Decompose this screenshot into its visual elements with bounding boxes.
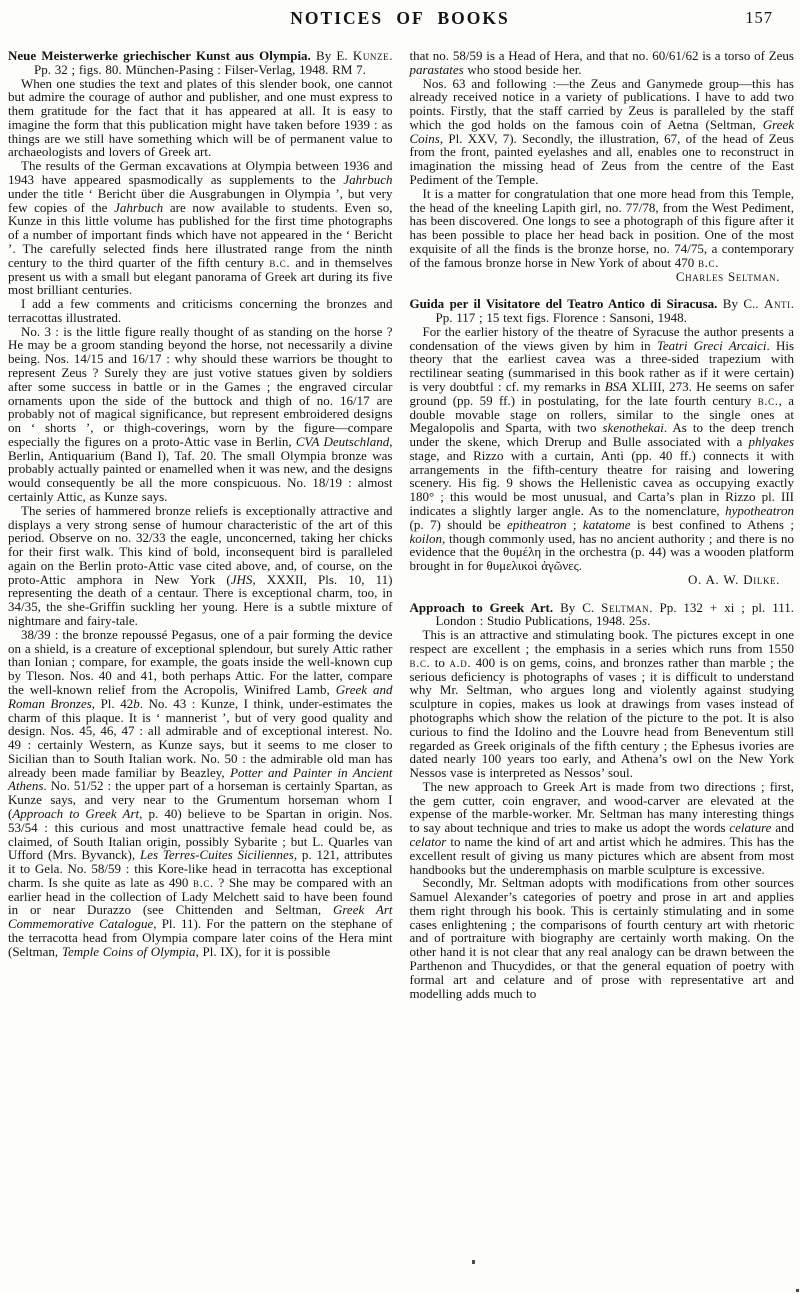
text-run: This is an attractive and stimulating bo… <box>410 627 795 656</box>
two-column-text: Neue Meisterwerke griechischer Kunst aus… <box>8 49 794 1000</box>
left-column: Neue Meisterwerke griechischer Kunst aus… <box>8 49 393 1000</box>
text-run: The results of the German excavations at… <box>8 158 393 187</box>
text-run: that no. 58/59 is a Head of Hera, and th… <box>410 48 795 63</box>
text-run: Les Terres-Cuites Siciliennes <box>140 847 294 862</box>
text-run: b.c. <box>193 875 214 890</box>
review-kunze-para-6: 38/39 : the bronze repoussé Pegasus, one… <box>8 628 393 959</box>
review-kunze-para-1: When one studies the text and plates of … <box>8 77 393 160</box>
text-run: b.c. <box>758 393 779 408</box>
text-run: I add a few comments and criticisms conc… <box>8 296 393 325</box>
review-kunze-signature: Charles Seltman. <box>410 270 795 284</box>
text-run: Jahrbuch <box>114 200 163 215</box>
text-run: JHS <box>231 572 253 587</box>
text-run: to name the kind of art and artist which… <box>410 834 795 877</box>
review-seltman-para-3: Secondly, Mr. Seltman adopts with modifi… <box>410 876 795 1000</box>
text-run: b.c. <box>269 255 290 270</box>
text-run: celator <box>410 834 447 849</box>
text-run: koilon <box>410 531 443 546</box>
review-anti-heading: Guida per il Visitatore del Teatro Antic… <box>410 297 795 325</box>
text-run: O. A. W. Dilke. <box>688 572 780 587</box>
text-run: celature <box>729 820 771 835</box>
text-run: b.c. <box>410 655 431 670</box>
text-run: to <box>430 655 449 670</box>
text-run: No. 3 : is the little figure really thou… <box>8 324 393 449</box>
review-kunze-para-5: The series of hammered bronze reliefs is… <box>8 504 393 628</box>
text-run: and <box>771 820 794 835</box>
text-run: Guida per il Visitatore del Teatro Antic… <box>410 296 718 311</box>
page-number: 157 <box>745 8 773 28</box>
review-seltman-para-2: The new approach to Greek Art is made fr… <box>410 780 795 876</box>
text-run: , Pl. 42 <box>92 696 133 711</box>
text-run: a.d. <box>449 655 471 670</box>
text-run: . <box>647 613 650 628</box>
review-anti-para-1: For the earlier history of the theatre o… <box>410 325 795 573</box>
text-run: , though commonly used, has no ancient a… <box>410 531 795 574</box>
review-kunze-heading: Neue Meisterwerke griechischer Kunst aus… <box>8 49 393 77</box>
text-run: ; <box>566 517 582 532</box>
text-run: (p. 7) should be <box>410 517 508 532</box>
text-run: When one studies the text and plates of … <box>8 76 393 160</box>
text-run: , Pl. XXV, 7). Secondly, the illustratio… <box>410 131 795 187</box>
text-run: By C.. <box>717 296 764 311</box>
text-run: parastates <box>410 62 464 77</box>
text-run: who stood beside her. <box>464 62 582 77</box>
page-header: NOTICES OF BOOKS 157 <box>0 0 800 34</box>
text-run: Approach to Greek Art. <box>410 600 554 615</box>
text-run: b.c. <box>698 255 719 270</box>
text-run: It is a matter for congratulation that o… <box>410 186 795 270</box>
text-run: Secondly, Mr. Seltman adopts with modifi… <box>410 875 795 1000</box>
text-run: katatome <box>583 517 631 532</box>
text-run: Nos. 63 and following :—the Zeus and Gan… <box>410 76 795 132</box>
review-anti-signature: O. A. W. Dilke. <box>410 573 795 587</box>
ink-speck <box>472 1260 475 1264</box>
review-kunze-para-3: I add a few comments and criticisms conc… <box>8 297 393 325</box>
text-run: phlyakes <box>749 434 794 449</box>
review-kunze-para-2: The results of the German excavations at… <box>8 159 393 297</box>
review-kunze-para-4: No. 3 : is the little figure really thou… <box>8 325 393 504</box>
text-run: Seltman <box>601 600 649 615</box>
text-run: epitheatron <box>507 517 566 532</box>
text-run: CVA Deutschland <box>296 434 389 449</box>
journal-page: NOTICES OF BOOKS 157 Neue Meisterwerke g… <box>0 0 800 1294</box>
text-run: Temple Coins of Olympia <box>62 944 196 959</box>
text-run: Anti <box>764 296 791 311</box>
text-run: 400 is on gems, coins, and bronzes rathe… <box>410 655 795 780</box>
text-run: is best confined to Athens ; <box>631 517 794 532</box>
review-kunze-para-7: Nos. 63 and following :—the Zeus and Gan… <box>410 77 795 187</box>
corner-mark <box>796 1289 799 1292</box>
review-seltman-para-1: This is an attractive and stimulating bo… <box>410 628 795 780</box>
text-run: hypotheatron <box>725 503 794 518</box>
text-run: Jahrbuch <box>343 172 392 187</box>
text-run: , Pl. IX), for it is possible <box>196 944 331 959</box>
text-run: By E. <box>311 48 353 63</box>
text-run: BSA <box>605 379 627 394</box>
text-run: By C. <box>553 600 601 615</box>
text-run: Kunze <box>353 48 389 63</box>
right-column: that no. 58/59 is a Head of Hera, and th… <box>410 49 795 1000</box>
text-run: Charles Seltman. <box>676 269 780 284</box>
review-seltman-heading: Approach to Greek Art. By C. Seltman. Pp… <box>410 601 795 629</box>
review-kunze-para-8: It is a matter for congratulation that o… <box>410 187 795 270</box>
text-run: Approach to Greek Art <box>12 806 139 821</box>
page-title: NOTICES OF BOOKS <box>0 8 800 29</box>
text-run: Teatri Greci Arcaici <box>657 338 767 353</box>
review-kunze-para-6-continued: that no. 58/59 is a Head of Hera, and th… <box>410 49 795 77</box>
text-run: skenothekai <box>602 420 663 435</box>
text-run: Neue Meisterwerke griechischer Kunst aus… <box>8 48 311 63</box>
